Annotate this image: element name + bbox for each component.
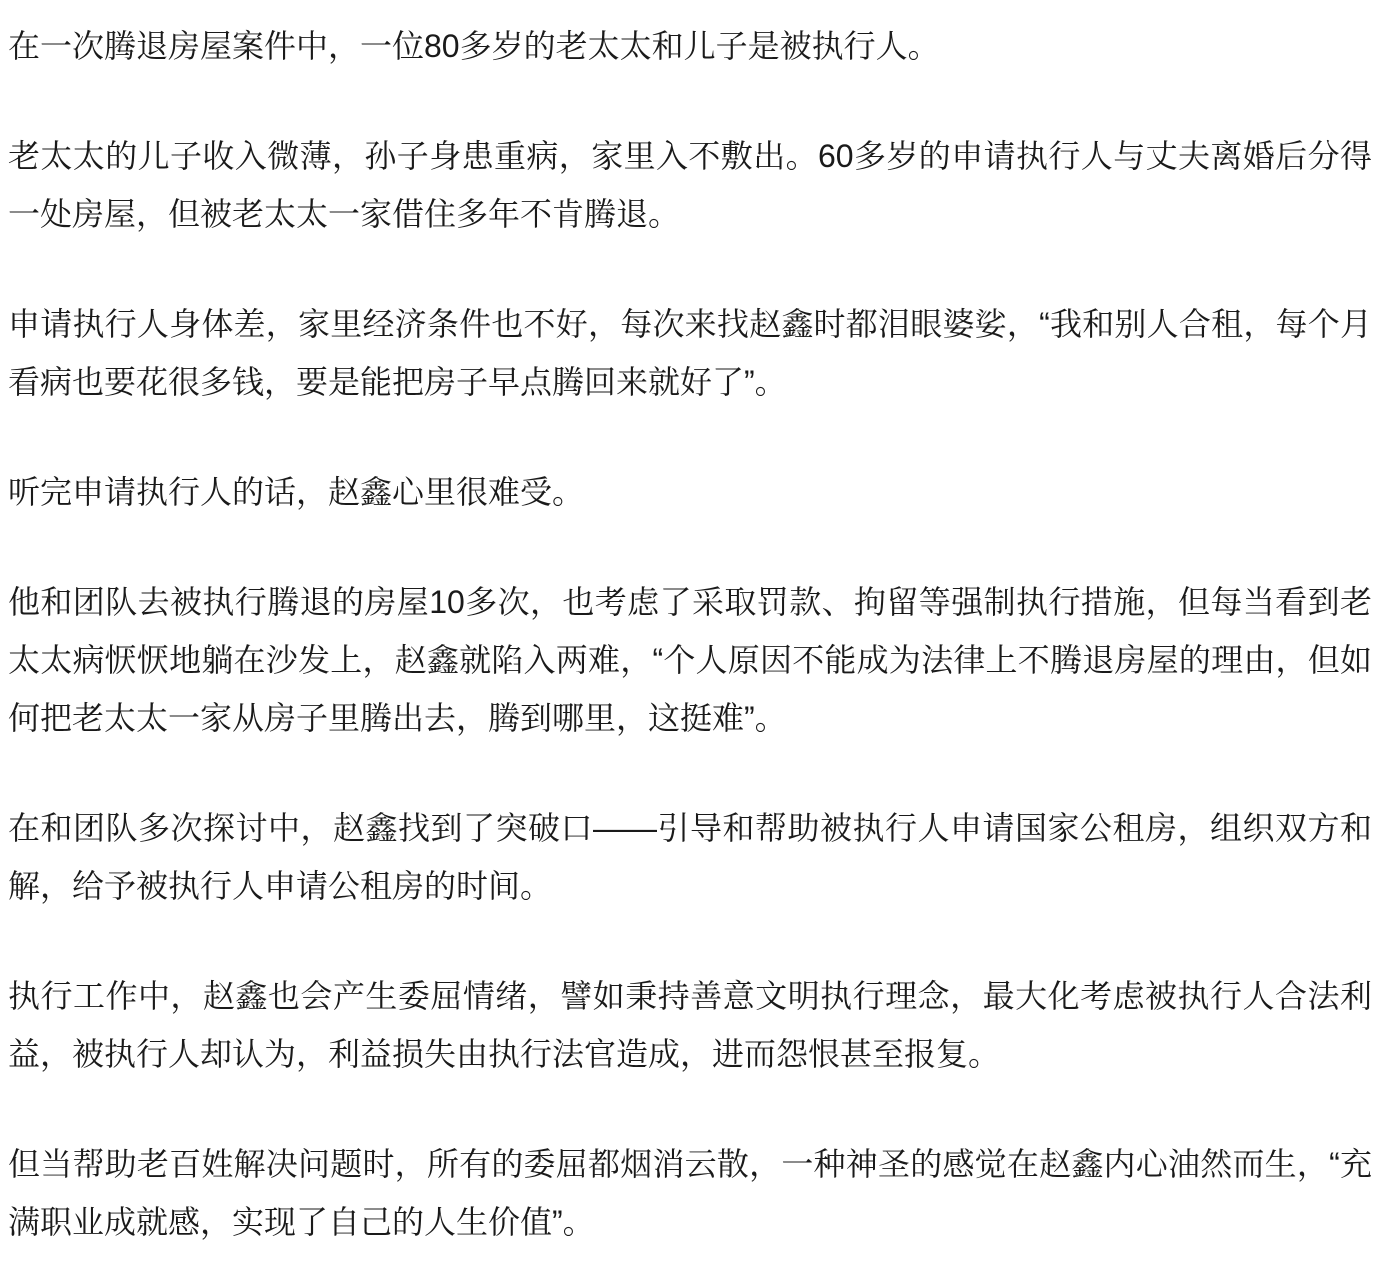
- paragraph: 在一次腾退房屋案件中，一位80多岁的老太太和儿子是被执行人。: [8, 17, 1372, 75]
- paragraph: 但当帮助老百姓解决问题时，所有的委屈都烟消云散，一种神圣的感觉在赵鑫内心油然而生…: [8, 1135, 1372, 1251]
- article-body: 在一次腾退房屋案件中，一位80多岁的老太太和儿子是被执行人。老太太的儿子收入微薄…: [0, 0, 1380, 1251]
- paragraph: 他和团队去被执行腾退的房屋10多次，也考虑了采取罚款、拘留等强制执行措施，但每当…: [8, 573, 1372, 747]
- paragraph: 申请执行人身体差，家里经济条件也不好，每次来找赵鑫时都泪眼婆娑，“我和别人合租，…: [8, 295, 1372, 411]
- paragraph: 老太太的儿子收入微薄，孙子身患重病，家里入不敷出。60多岁的申请执行人与丈夫离婚…: [8, 127, 1372, 243]
- paragraph: 在和团队多次探讨中，赵鑫找到了突破口——引导和帮助被执行人申请国家公租房，组织双…: [8, 799, 1372, 915]
- paragraph: 执行工作中，赵鑫也会产生委屈情绪，譬如秉持善意文明执行理念，最大化考虑被执行人合…: [8, 967, 1372, 1083]
- paragraph: 听完申请执行人的话，赵鑫心里很难受。: [8, 463, 1372, 521]
